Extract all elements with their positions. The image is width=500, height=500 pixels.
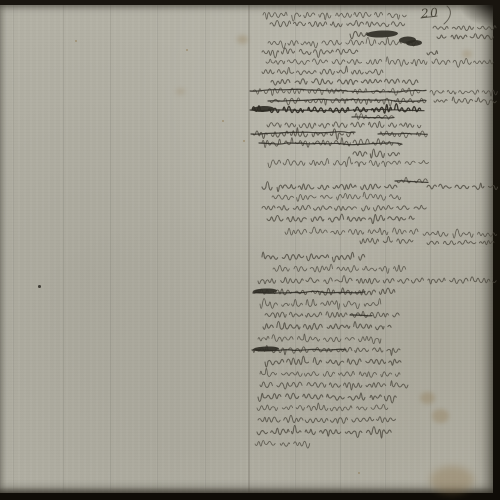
handwriting-line [267, 121, 421, 128]
handwriting-line [268, 157, 429, 168]
handwriting-line [434, 97, 496, 105]
handwriting-line [423, 229, 497, 238]
handwriting-line [262, 205, 426, 211]
handwriting-line [263, 12, 406, 21]
handwriting-line [252, 104, 421, 113]
handwriting-line [262, 252, 365, 262]
handwriting-line [267, 214, 414, 223]
handwriting-line [263, 321, 391, 329]
handwriting-line [271, 79, 418, 85]
handwriting-line [262, 48, 358, 58]
handwriting-line [360, 236, 413, 243]
handwriting-line [437, 34, 493, 40]
handwriting-line [258, 415, 395, 423]
handwriting-line [258, 276, 496, 284]
handwriting-line [258, 334, 381, 344]
handwriting-line [272, 192, 401, 201]
handwriting-line [266, 57, 493, 67]
handwriting-line [265, 356, 401, 367]
handwriting-line [258, 393, 396, 403]
handwriting-line [257, 403, 388, 411]
pen-flourish [444, 6, 450, 24]
page-number: 20 [420, 5, 439, 21]
handwriting-line [427, 51, 438, 55]
handwriting-line [255, 441, 310, 449]
handwriting-layer [0, 0, 500, 500]
handwriting-line [260, 298, 381, 309]
handwriting-line [427, 183, 498, 189]
ink-blot [366, 30, 398, 38]
handwriting-line [433, 26, 496, 31]
handwriting-line [427, 240, 494, 245]
handwriting-line [273, 264, 406, 273]
handwriting-line [285, 227, 418, 235]
handwriting-line [350, 31, 368, 38]
handwriting-line [430, 90, 497, 96]
handwriting-line [262, 138, 401, 148]
scanned-manuscript: 20 [0, 0, 500, 500]
handwriting-line [257, 425, 391, 438]
handwriting-line [265, 311, 399, 318]
handwriting-line [262, 182, 397, 192]
handwriting-line [268, 37, 419, 48]
handwriting-line [260, 381, 408, 390]
handwriting-line [353, 149, 400, 158]
strikethrough-line [378, 133, 427, 134]
handwriting-line [270, 20, 405, 27]
handwriting-line [260, 368, 400, 377]
handwriting-line [262, 66, 383, 75]
